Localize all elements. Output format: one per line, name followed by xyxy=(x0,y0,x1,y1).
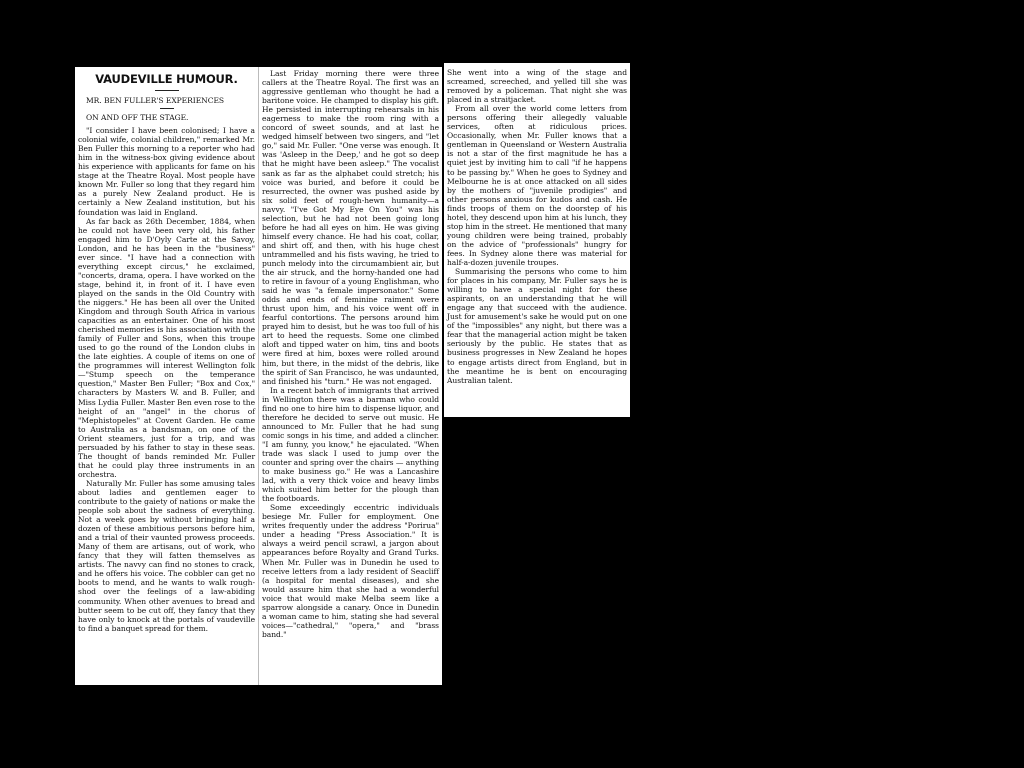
newspaper-clipping-right: She went into a wing of the stage and sc… xyxy=(444,63,630,417)
article-column-2: Last Friday morning there were three cal… xyxy=(259,67,442,639)
article-paragraph: Summarising the persons who come to him … xyxy=(447,267,627,385)
article-paragraph: As far back as 26th December, 1884, when… xyxy=(78,217,255,479)
subheading-rule xyxy=(160,108,174,109)
article-subheading: MR. BEN FULLER'S EXPERIENCES xyxy=(78,96,255,105)
article-column-3: She went into a wing of the stage and sc… xyxy=(444,66,630,385)
article-paragraph: From all over the world come letters fro… xyxy=(447,104,627,267)
headline-rule xyxy=(155,90,179,91)
article-headline: VAUDEVILLE HUMOUR. xyxy=(78,72,255,86)
article-paragraph: Naturally Mr. Fuller has some amusing ta… xyxy=(78,479,255,633)
article-column-1: VAUDEVILLE HUMOUR. MR. BEN FULLER'S EXPE… xyxy=(75,67,258,633)
article-paragraph: Some exceedingly eccentric individuals b… xyxy=(262,503,439,639)
article-paragraph: She went into a wing of the stage and sc… xyxy=(447,68,627,104)
article-subheading-2: ON AND OFF THE STAGE. xyxy=(78,113,255,122)
article-paragraph: "I consider I have been colonised; I hav… xyxy=(78,126,255,216)
article-paragraph: Last Friday morning there were three cal… xyxy=(262,69,439,386)
article-paragraph: In a recent batch of immigrants that arr… xyxy=(262,386,439,504)
newspaper-clipping-left: VAUDEVILLE HUMOUR. MR. BEN FULLER'S EXPE… xyxy=(75,67,442,685)
